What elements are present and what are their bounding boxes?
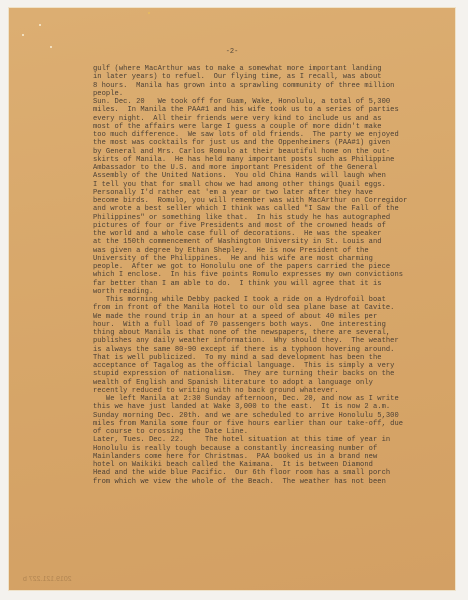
text-line: University of the Philippines. He and hi… [93, 255, 433, 263]
text-line: people. [93, 90, 433, 98]
text-line: miles. In Manila the PAA#1 and his wife … [93, 106, 433, 114]
text-line: Assembly of the United Nations. You old … [93, 172, 433, 180]
page-number: -2- [9, 48, 455, 56]
text-line: thing about Manila is that none of the n… [93, 329, 433, 337]
text-line: Personally I'd rather eat 'em a year or … [93, 189, 433, 197]
text-line: of course to crossing the Date Line. [93, 428, 433, 436]
text-line: in later years) to refuel. Our flying ti… [93, 73, 433, 81]
text-line: by General and Mrs. Carlos Romulo at the… [93, 148, 433, 156]
paper-blemish [22, 34, 24, 36]
text-line: stupid expression of nationalism. They a… [93, 370, 433, 378]
text-line: That is well publicized. To my mind a sa… [93, 354, 433, 362]
text-line: people. After we got to Honolulu one of … [93, 263, 433, 271]
typewritten-page: -2- gulf (where MacArthur was to make a … [9, 8, 455, 590]
text-line: skirts of Manila. He has held many impor… [93, 156, 433, 164]
text-line: acceptance of Tagalog as the official la… [93, 362, 433, 370]
text-line: was given a degree by Ethan Shepley. He … [93, 247, 433, 255]
text-line: most of the affairs were large I guess a… [93, 123, 433, 131]
text-line: I tell you that for small chow we had am… [93, 181, 433, 189]
text-line: wealth of English and Spanish literature… [93, 379, 433, 387]
text-line: far better than I am able to do. I think… [93, 280, 433, 288]
text-line: pictures of four or five Presidents and … [93, 222, 433, 230]
text-line: Philippines" or something like that. In … [93, 214, 433, 222]
text-line: hour. With a full load of 70 passengers … [93, 321, 433, 329]
text-line: too much difference. We saw lots of old … [93, 131, 433, 139]
text-line: Ambassador to the U.S. and more importan… [93, 164, 433, 172]
text-line: hotel on Waikiki beach called the Kaiman… [93, 461, 433, 469]
text-line: this we have just landed at Wake 3,000 t… [93, 403, 433, 411]
text-line: the most was cocktails for just us and t… [93, 139, 433, 147]
text-line: Later, Tues. Dec. 22. The hotel situatio… [93, 436, 433, 444]
text-line: 8 hours. Manila has grown into a sprawli… [93, 82, 433, 90]
text-line: and wrote a best seller which I think wa… [93, 205, 433, 213]
text-line: Honolulu is really tough because a const… [93, 445, 433, 453]
letter-body: gulf (where MacArthur was to make a some… [93, 65, 433, 486]
text-line: is always the same 80-90 except if there… [93, 346, 433, 354]
text-line: become birds. Romulo, you will remember … [93, 197, 433, 205]
text-line: Mainlanders come here for Christmas. PAA… [93, 453, 433, 461]
paper-blemish [148, 12, 150, 14]
text-line: We left Manila at 2:30 Sunday afternoon,… [93, 395, 433, 403]
text-line: Head and the wide blue Pacific. Our 6th … [93, 469, 433, 477]
text-line: worth reading. [93, 288, 433, 296]
text-line: from in front of the Manila Hotel to our… [93, 304, 433, 312]
text-line: We made the round trip in an hour at a s… [93, 313, 433, 321]
paper-blemish [39, 24, 41, 26]
text-line: at the 150th commencement of Washington … [93, 238, 433, 246]
text-line: This morning while Debby packed I took a… [93, 296, 433, 304]
text-line: Sunday morning Dec. 20th. and we are sch… [93, 412, 433, 420]
bleed-through-accession-number: 2019.121.227 b [23, 576, 72, 583]
text-line: from which we view the whole of the Beac… [93, 478, 433, 486]
text-line: Sun. Dec. 20 We took off for Guam, Wake,… [93, 98, 433, 106]
text-line: gulf (where MacArthur was to make a some… [93, 65, 433, 73]
text-line: every night. All their friends were very… [93, 115, 433, 123]
text-line: recently reduced to writing with no back… [93, 387, 433, 395]
text-line: the world and a whole case full of decor… [93, 230, 433, 238]
text-line: miles from Manila some four or five hour… [93, 420, 433, 428]
text-line: publishes any daily weather information.… [93, 337, 433, 345]
text-line: which I enclose. In his five points Romu… [93, 271, 433, 279]
